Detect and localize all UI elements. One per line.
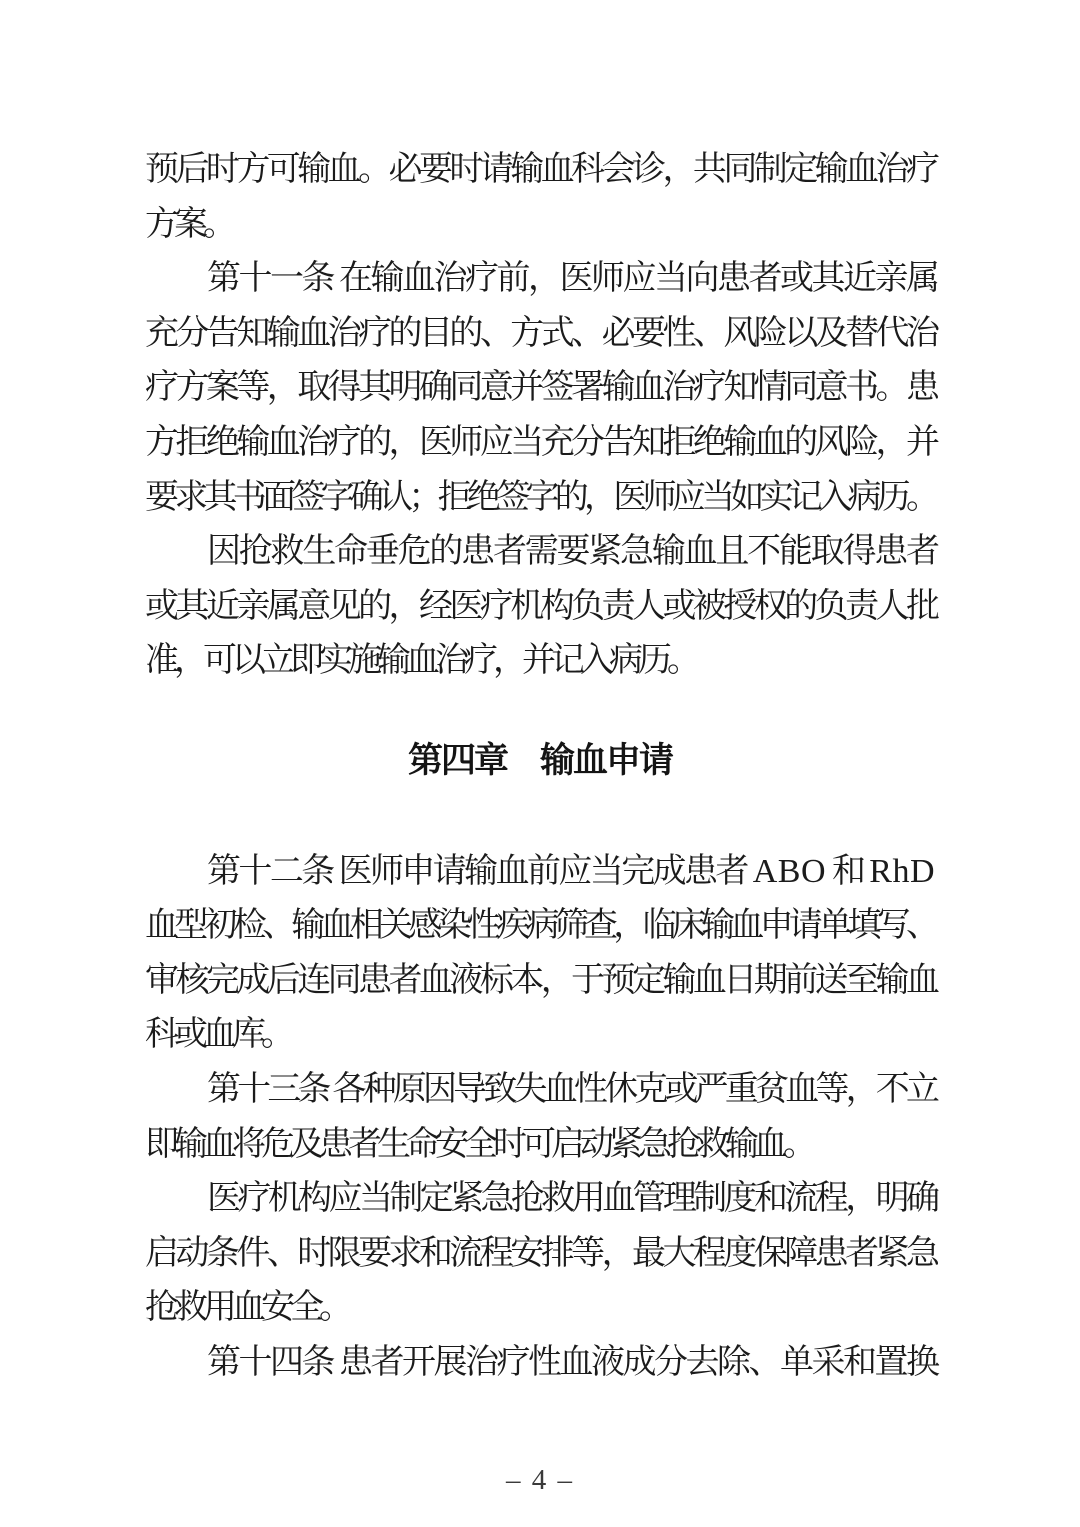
paragraph: 因抢救生命垂危的患者需要紧急输血且不能取得患者 或其近亲属意见的，经医疗机构负责…	[145, 525, 935, 689]
text-line: 抢救用血安全。	[145, 1281, 935, 1336]
text-line: 科或血库。	[145, 1008, 935, 1063]
text-line: 第十三条 各种原因导致失血性休克或严重贫血等，不立	[145, 1063, 935, 1118]
paragraph: 第十二条 医师申请输血前应当完成患者 ABO 和 RhD 血型初检、输血相关感染…	[145, 845, 935, 1063]
text-line: 即输血将危及患者生命安全时可启动紧急抢救输血。	[145, 1118, 935, 1173]
text-line: 第十二条 医师申请输血前应当完成患者 ABO 和 RhD	[145, 845, 935, 900]
paragraph: 第十四条 患者开展治疗性血液成分去除、单采和置换	[145, 1336, 935, 1391]
text-line: 方案。	[145, 198, 935, 253]
paragraph: 第十一条 在输血治疗前，医师应当向患者或其近亲属 充分告知输血治疗的目的、方式、…	[145, 252, 935, 525]
text-line: 预后时方可输血。必要时请输血科会诊，共同制定输血治疗	[145, 143, 935, 198]
text-line: 因抢救生命垂危的患者需要紧急输血且不能取得患者	[145, 525, 935, 580]
paragraph: 预后时方可输血。必要时请输血科会诊，共同制定输血治疗 方案。	[145, 143, 935, 252]
chapter-heading: 第四章 输血申请	[145, 734, 935, 789]
document-page: 预后时方可输血。必要时请输血科会诊，共同制定输血治疗 方案。 第十一条 在输血治…	[0, 0, 1080, 1527]
text-line: 第十四条 患者开展治疗性血液成分去除、单采和置换	[145, 1336, 935, 1391]
paragraph: 第十三条 各种原因导致失血性休克或严重贫血等，不立 即输血将危及患者生命安全时可…	[145, 1063, 935, 1172]
page-number: – 4 –	[0, 1460, 1080, 1500]
text-line: 疗方案等，取得其明确同意并签署输血治疗知情同意书。患	[145, 361, 935, 416]
text-line: 血型初检、输血相关感染性疾病筛查，临床输血申请单填写、	[145, 899, 935, 954]
text-line: 医疗机构应当制定紧急抢救用血管理制度和流程，明确	[145, 1172, 935, 1227]
text-line: 或其近亲属意见的，经医疗机构负责人或被授权的负责人批	[145, 580, 935, 635]
paragraph: 医疗机构应当制定紧急抢救用血管理制度和流程，明确 启动条件、时限要求和流程安排等…	[145, 1172, 935, 1336]
document-body: 预后时方可输血。必要时请输血科会诊，共同制定输血治疗 方案。 第十一条 在输血治…	[145, 143, 935, 1390]
text-line: 审核完成后连同患者血液标本，于预定输血日期前送至输血	[145, 954, 935, 1009]
text-line: 第十一条 在输血治疗前，医师应当向患者或其近亲属	[145, 252, 935, 307]
text-line: 充分告知输血治疗的目的、方式、必要性、风险以及替代治	[145, 307, 935, 362]
text-line: 要求其书面签字确认；拒绝签字的，医师应当如实记入病历。	[145, 471, 935, 526]
text-line: 方拒绝输血治疗的，医师应当充分告知拒绝输血的风险，并	[145, 416, 935, 471]
text-line: 启动条件、时限要求和流程安排等，最大程度保障患者紧急	[145, 1227, 935, 1282]
text-line: 准，可以立即实施输血治疗，并记入病历。	[145, 634, 935, 689]
